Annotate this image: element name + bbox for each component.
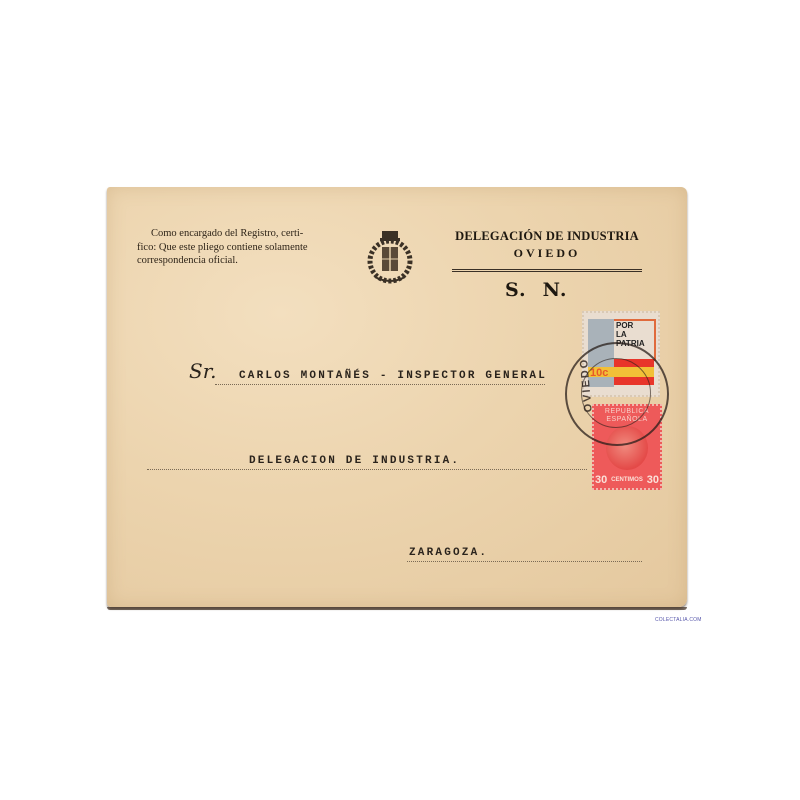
envelope: Como encargado del Registro, certi- fico… — [107, 187, 687, 607]
address-city: ZARAGOZA. — [409, 547, 488, 559]
recipient-name: CARLOS MONTAÑÉS - INSPECTOR GENERAL — [239, 370, 547, 382]
coat-of-arms-icon — [365, 229, 415, 285]
service-mark-s: S. — [505, 279, 527, 301]
stamp-text-line-1: POR — [616, 321, 654, 330]
service-mark: S.N. — [505, 279, 583, 301]
letterhead: DELEGACIÓN DE INDUSTRIA OVIEDO — [447, 229, 647, 272]
certification-line-1: Como encargado del Registro, certi- — [137, 227, 367, 241]
stamp-value-row: 30 CENTIMOS 30 — [595, 474, 659, 486]
service-mark-n: N. — [543, 279, 568, 301]
stamp-value-label: CENTIMOS — [611, 477, 643, 483]
address-line-1-dots — [215, 384, 545, 385]
certification-line-2: fico: Que este pliego contiene solamente — [137, 241, 367, 255]
header-rule — [452, 269, 642, 272]
address-line-3-dots — [407, 561, 642, 562]
address-line-2-dots — [147, 469, 587, 470]
address-line-2: DELEGACION DE INDUSTRIA. — [249, 455, 460, 467]
stamp-text-line-2: LA — [616, 330, 654, 339]
certification-line-3: correspondencia oficial. — [137, 254, 367, 268]
city-name: OVIEDO — [447, 246, 647, 261]
salutation: Sr. — [189, 359, 216, 383]
certification-text: Como encargado del Registro, certi- fico… — [137, 227, 367, 268]
watermark: COLECTALIA.COM — [655, 617, 702, 623]
stamp-value-right: 30 — [647, 474, 659, 486]
stamp-value-left: 30 — [595, 474, 607, 486]
organization-name: DELEGACIÓN DE INDUSTRIA — [447, 229, 647, 244]
